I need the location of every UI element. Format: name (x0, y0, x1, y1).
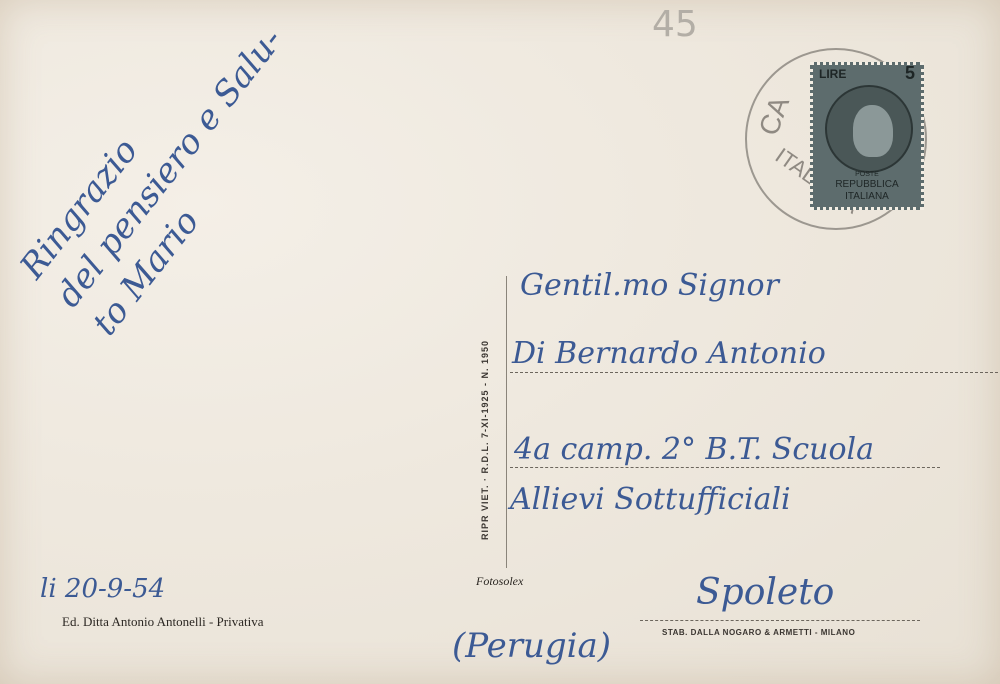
postage-stamp: LIRE 5 POSTE REPUBBLICA ITALIANA (810, 62, 924, 210)
postcard-back: 45 Ringrazio del pensiero e Salu- to Mar… (0, 0, 1000, 684)
address-rule-3 (640, 620, 920, 621)
divider-line (506, 276, 507, 568)
address-line-3: 4a camp. 2° B.T. Scuola (514, 432, 874, 467)
handwritten-message: Ringrazio del pensiero e Salu- to Mario (10, 0, 329, 345)
publisher-credit: Ed. Ditta Antonio Antonelli - Privativa (62, 614, 263, 630)
stamp-medallion (825, 85, 913, 173)
postmark-town: CA (753, 92, 796, 140)
pencil-note: 45 (652, 4, 698, 45)
stamp-country-line-2: ITALIANA (813, 191, 921, 203)
address-line-1: Gentil.mo Signor (520, 268, 779, 303)
stamp-country: REPUBBLICA ITALIANA (813, 179, 921, 203)
stamp-country-line-1: REPUBBLICA (813, 179, 921, 191)
address-province: (Perugia) (452, 626, 611, 666)
portrait-head-icon (853, 105, 893, 157)
address-line-2: Di Bernardo Antonio (512, 336, 826, 371)
stamp-poste: POSTE (813, 171, 921, 178)
vertical-imprint: RIPR VIET. · R.D.L. 7-XI-1925 - N. 1950 (480, 340, 490, 540)
stamp-value: 5 (905, 63, 915, 84)
address-line-4: Allievi Sottufficiali (510, 482, 791, 517)
photo-credit: Fotosolex (476, 574, 523, 589)
printer-credit: STAB. DALLA NOGARO & ARMETTI - MILANO (662, 628, 855, 637)
address-city: Spoleto (696, 572, 834, 613)
message-date: li 20-9-54 (40, 574, 165, 604)
address-rule-1 (510, 372, 998, 373)
address-rule-2 (510, 467, 940, 468)
stamp-currency: LIRE (819, 67, 846, 81)
